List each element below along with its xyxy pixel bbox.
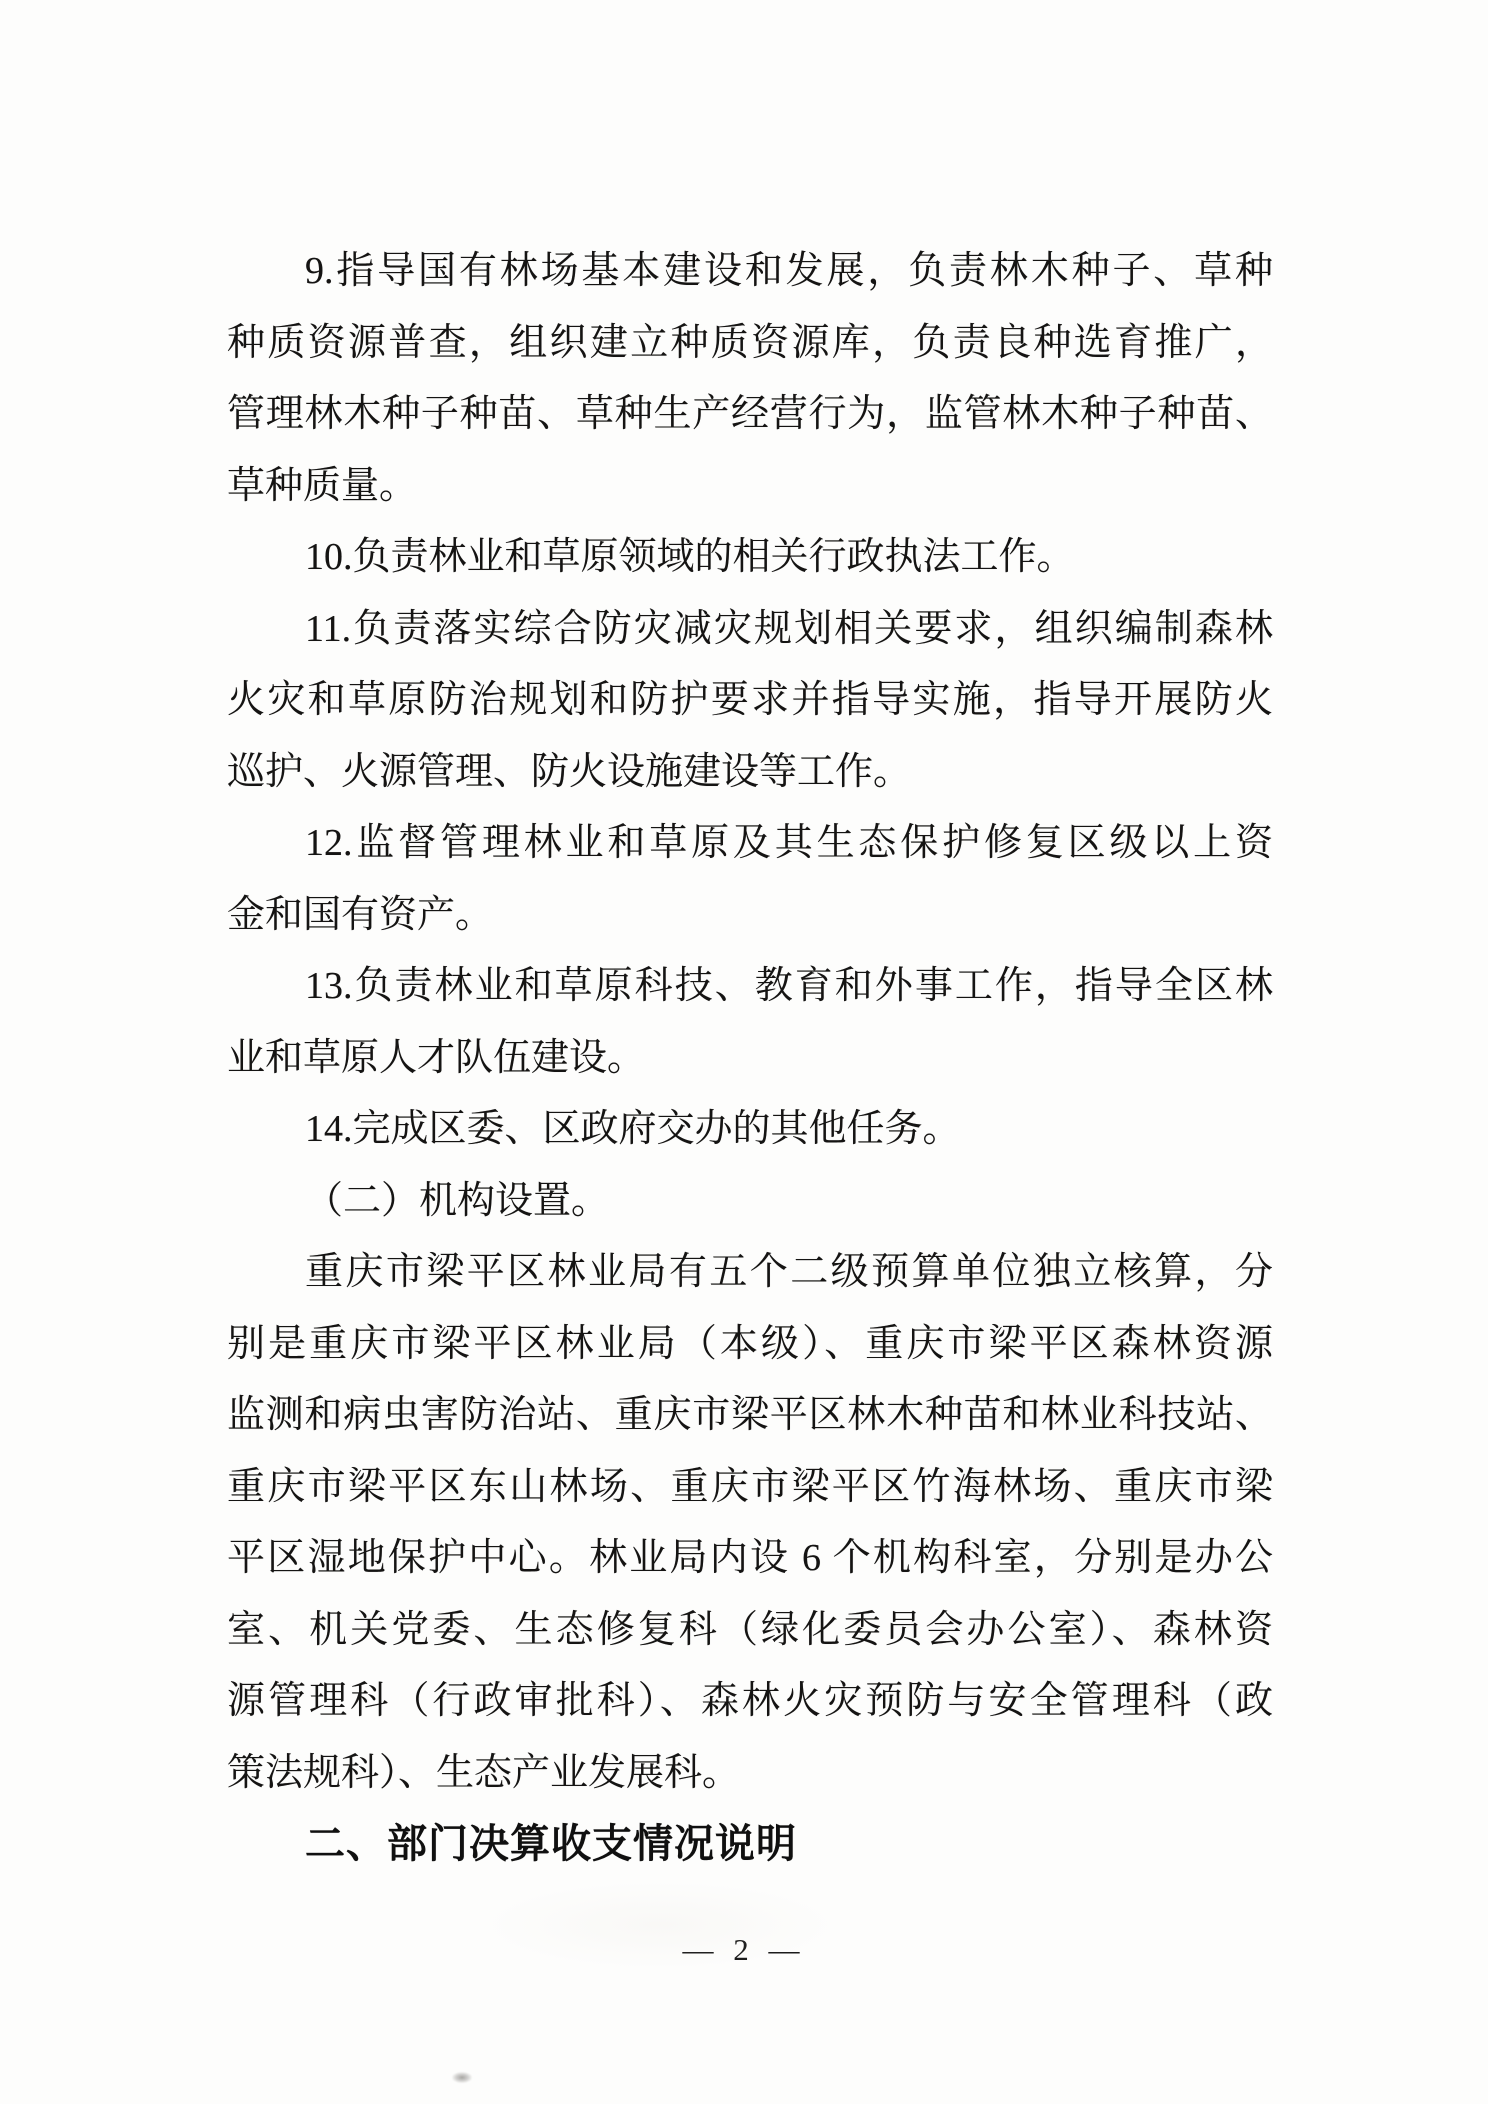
text-line: 监测和病虫害防治站、重庆市梁平区林木种苗和林业科技站、 [227, 1380, 1273, 1452]
text-line: 室、机关党委、生态修复科（绿化委员会办公室）、森林资 [227, 1595, 1273, 1667]
document-page: 9.指导国有林场基本建设和发展，负责林木种子、草种种质资源普查，组织建立种质资源… [0, 0, 1488, 2104]
text-line: 12.监督管理林业和草原及其生态保护修复区级以上资 [227, 808, 1273, 880]
text-line: 巡护、火源管理、防火设施建设等工作。 [227, 737, 1273, 809]
page-number: — 2 — [683, 1932, 806, 1967]
text-line: 草种质量。 [227, 451, 1273, 523]
text-line: 金和国有资产。 [227, 880, 1273, 952]
text-line: 10.负责林业和草原领域的相关行政执法工作。 [227, 522, 1273, 594]
text-line: 种质资源普查，组织建立种质资源库，负责良种选育推广， [227, 308, 1273, 380]
text-line: 策法规科）、生态产业发展科。 [227, 1738, 1273, 1810]
text-line: 重庆市梁平区东山林场、重庆市梁平区竹海林场、重庆市梁 [227, 1452, 1273, 1524]
text-line: 13.负责林业和草原科技、教育和外事工作，指导全区林 [227, 951, 1273, 1023]
text-line: 源管理科（行政审批科）、森林火灾预防与安全管理科（政 [227, 1666, 1273, 1738]
text-line: 11.负责落实综合防灾减灾规划相关要求，组织编制森林 [227, 594, 1273, 666]
text-line: 重庆市梁平区林业局有五个二级预算单位独立核算，分 [227, 1237, 1273, 1309]
text-line: 平区湿地保护中心。林业局内设 6 个机构科室，分别是办公 [227, 1523, 1273, 1595]
text-line: 管理林木种子种苗、草种生产经营行为，监管林木种子种苗、 [227, 379, 1273, 451]
text-line: 业和草原人才队伍建设。 [227, 1023, 1273, 1095]
document-body: 9.指导国有林场基本建设和发展，负责林木种子、草种种质资源普查，组织建立种质资源… [227, 236, 1273, 1881]
page-footer: — 2 — [0, 1928, 1488, 1972]
text-line: （二）机构设置。 [227, 1166, 1273, 1238]
text-line: 别是重庆市梁平区林业局（本级）、重庆市梁平区森林资源 [227, 1309, 1273, 1381]
scan-speck-artifact [452, 2072, 472, 2083]
text-line: 火灾和草原防治规划和防护要求并指导实施，指导开展防火 [227, 665, 1273, 737]
text-line: 14.完成区委、区政府交办的其他任务。 [227, 1094, 1273, 1166]
section-heading-line: 二、部门决算收支情况说明 [227, 1809, 1273, 1881]
text-line: 9.指导国有林场基本建设和发展，负责林木种子、草种 [227, 236, 1273, 308]
